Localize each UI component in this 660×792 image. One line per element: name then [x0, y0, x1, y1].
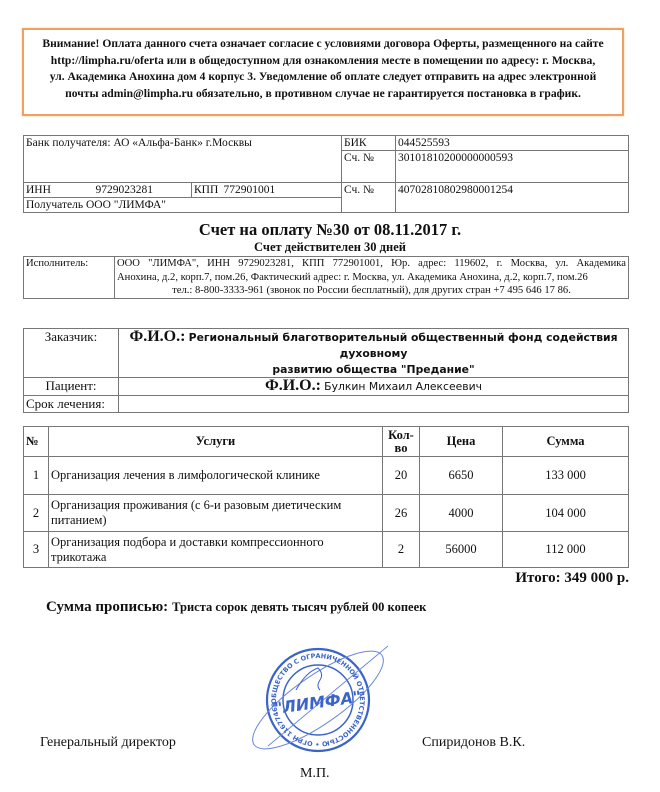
col-qty-header-cont: во	[395, 441, 408, 455]
customer-label: Заказчик:	[24, 329, 119, 378]
patient-label: Пациент:	[24, 378, 119, 396]
account-label: Сч. №	[342, 183, 396, 213]
amount-in-words: Сумма прописью: Триста сорок девять тыся…	[46, 598, 426, 616]
row-sum: 104 000	[503, 495, 629, 532]
company-stamp: ОБЩЕСТВО С ОГРАНИЧЕННОЙ ОТВЕТСТВЕННОСТЬЮ…	[238, 638, 398, 763]
notice-line: ул. Академика Анохина дом 4 корпус 3. Ув…	[30, 69, 616, 86]
customer-table: Заказчик: Ф.И.О.: Региональный благотвор…	[23, 328, 629, 413]
col-sum-header: Сумма	[503, 427, 629, 457]
signatory-position: Генеральный директор	[40, 735, 176, 751]
row-qty: 2	[383, 532, 420, 568]
total: Итого: 349 000 р.	[515, 570, 629, 587]
bik-value: 044525593	[396, 136, 629, 151]
bik-label: БИК	[342, 136, 396, 151]
executor-label: Исполнитель:	[24, 257, 115, 299]
table-row: 3 Организация подбора и доставки компрес…	[24, 532, 629, 568]
row-num: 2	[24, 495, 49, 532]
row-sum: 133 000	[503, 457, 629, 495]
row-price: 56000	[420, 532, 503, 568]
executor-line: тел.: 8-800-3333-961 (звонок по России б…	[117, 284, 626, 298]
notice-line: Внимание! Оплата данного счета означает …	[30, 36, 616, 53]
term-label: Срок лечения:	[24, 396, 119, 413]
corr-account-value: 30101810200000000593	[396, 151, 629, 183]
recipient: Получатель ООО "ЛИМФА"	[24, 198, 342, 213]
inn-value: 9729023281	[94, 183, 192, 198]
notice-line: почты admin@limpha.ru обязательно, в про…	[30, 86, 616, 103]
corr-account-label: Сч. №	[342, 151, 396, 183]
inn-label: ИНН	[24, 183, 94, 198]
col-qty-header: Кол-	[388, 428, 414, 442]
seal-place: М.П.	[300, 766, 330, 782]
row-sum: 112 000	[503, 532, 629, 568]
payment-notice: Внимание! Оплата данного счета означает …	[22, 28, 624, 116]
executor-line: Анохина, д.2, корп.7, пом.26, Фактически…	[117, 271, 626, 285]
col-service-header: Услуги	[49, 427, 383, 457]
col-num-header: №	[24, 427, 49, 457]
table-row: 1 Организация лечения в лимфологической …	[24, 457, 629, 495]
account-value: 40702810802980001254	[396, 183, 629, 213]
invoice-validity: Счет действителен 30 дней	[0, 240, 660, 255]
stamp-center-text: "ЛИМФА"	[273, 687, 362, 718]
row-price: 4000	[420, 495, 503, 532]
row-service: Организация проживания (с 6-и разовым ди…	[49, 495, 383, 532]
row-service: Организация лечения в лимфологической кл…	[49, 457, 383, 495]
bank-details-table: Банк получателя: АО «Альфа-Банк» г.Москв…	[23, 135, 629, 213]
executor-table: Исполнитель: ООО "ЛИМФА", ИНН 9729023281…	[23, 256, 629, 299]
row-qty: 20	[383, 457, 420, 495]
executor-line: ООО "ЛИМФА", ИНН 9729023281, КПП 7729010…	[117, 257, 626, 271]
patient-name: Булкин Михаил Алексеевич	[324, 380, 482, 393]
services-table: № Услуги Кол- во Цена Сумма 1 Организаци…	[23, 426, 629, 568]
row-service: Организация подбора и доставки компресси…	[49, 532, 383, 568]
kpp-label: КПП	[192, 183, 222, 198]
amount-words-value: Триста сорок девять тысяч рублей 00 копе…	[172, 600, 426, 614]
invoice-title: Счет на оплату №30 от 08.11.2017 г.	[0, 220, 660, 240]
kpp-value: 772901001	[222, 183, 342, 198]
signatory-name: Спиридонов В.К.	[422, 735, 525, 751]
customer-name: Региональный благотворительный обществен…	[189, 331, 618, 360]
customer-name-cont: развитию общества "Предание"	[272, 363, 474, 376]
term-value	[119, 396, 629, 413]
patient-fio-label: Ф.И.О.:	[265, 377, 321, 394]
amount-words-label: Сумма прописью:	[46, 599, 168, 615]
row-num: 3	[24, 532, 49, 568]
table-row: 2 Организация проживания (с 6-и разовым …	[24, 495, 629, 532]
notice-line: http://limpha.ru/oferta или в общедоступ…	[30, 53, 616, 70]
row-qty: 26	[383, 495, 420, 532]
col-price-header: Цена	[420, 427, 503, 457]
row-price: 6650	[420, 457, 503, 495]
bank-name: Банк получателя: АО «Альфа-Банк» г.Москв…	[24, 136, 342, 183]
customer-fio-label: Ф.И.О.:	[129, 328, 185, 345]
row-num: 1	[24, 457, 49, 495]
